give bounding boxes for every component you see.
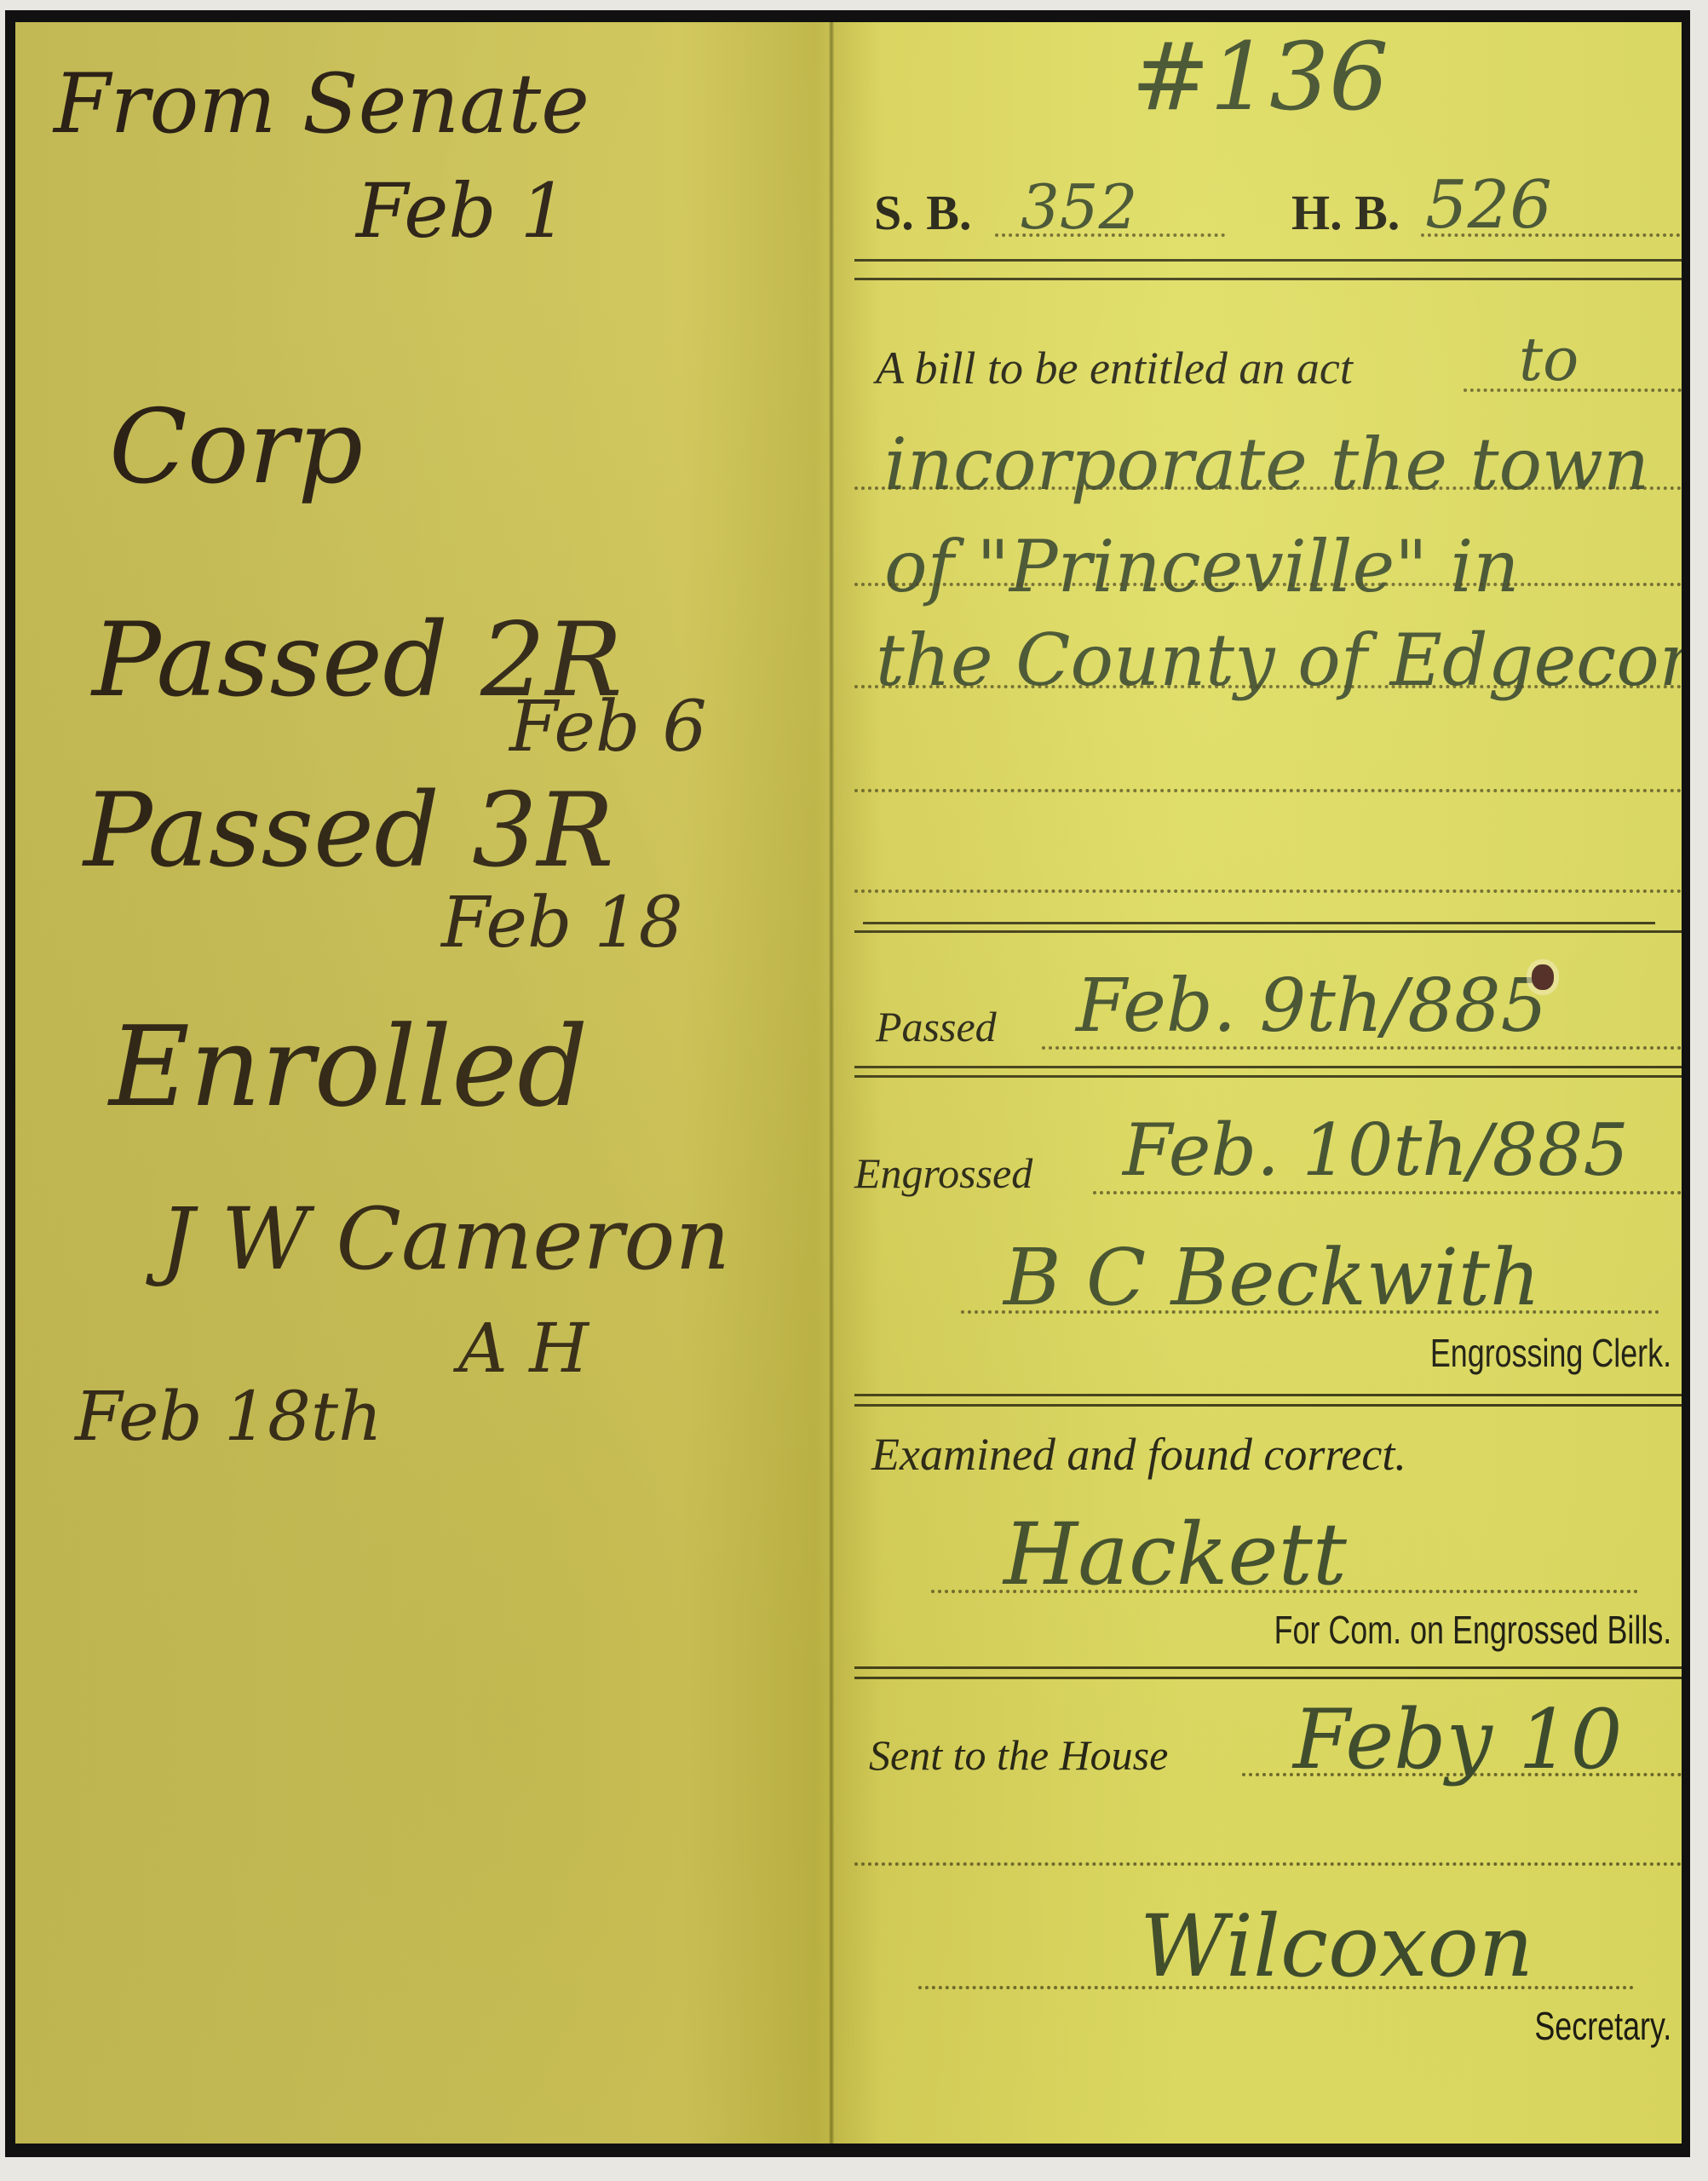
sb-number: 352 bbox=[1021, 171, 1137, 243]
note-passed-3r: Passed 3R bbox=[83, 772, 614, 890]
note-date-received: Feb 1 bbox=[356, 167, 568, 255]
engrossed-signature-line bbox=[961, 1310, 1659, 1314]
paper-hole bbox=[1532, 964, 1554, 990]
hb-number: 526 bbox=[1425, 167, 1552, 244]
engrossed-rule-bottom bbox=[854, 1404, 1682, 1407]
header-rule-top bbox=[854, 259, 1682, 262]
examined-label: Examined and found correct. bbox=[871, 1428, 1406, 1481]
note-from-senate: From Senate bbox=[54, 56, 589, 152]
hb-label: H. B. bbox=[1291, 184, 1400, 241]
title-line-2: of "Princeville" in bbox=[884, 525, 1519, 608]
engrossed-date: Feb. 10th/885 bbox=[1123, 1108, 1629, 1192]
note-enrolled: Enrolled bbox=[109, 1002, 588, 1131]
examined-rule-bottom bbox=[854, 1677, 1682, 1679]
engrossed-label: Engrossed bbox=[854, 1148, 1032, 1198]
title-dotted-5 bbox=[854, 889, 1682, 893]
title-dotted-3 bbox=[854, 685, 1682, 688]
title-label: A bill to be entitled an act bbox=[876, 342, 1353, 394]
secretary-label: Secretary. bbox=[1534, 2003, 1671, 2049]
center-fold bbox=[829, 22, 834, 2144]
passed-rule-bottom bbox=[854, 1075, 1682, 1078]
title-line-3: the County of Edgecombe bbox=[876, 619, 1682, 702]
sb-dotted-line bbox=[995, 233, 1225, 237]
secretary-signature: Wilcoxon bbox=[1140, 1896, 1533, 1996]
note-signature-cameron: J W Cameron bbox=[160, 1189, 730, 1289]
archive-number: #136 bbox=[1131, 22, 1389, 131]
note-committee: Corp bbox=[109, 388, 363, 507]
sent-label: Sent to the House bbox=[869, 1730, 1168, 1780]
bill-jacket-paper: From Senate Feb 1 Corp Passed 2R Feb 6 P… bbox=[15, 22, 1682, 2144]
hb-dotted-line bbox=[1421, 233, 1682, 237]
title-line-1: incorporate the town bbox=[884, 423, 1649, 506]
engrossing-clerk-signature: B C Beckwith bbox=[1004, 1232, 1540, 1323]
title-line-0: to bbox=[1519, 325, 1579, 394]
engrossing-clerk-label: Engrossing Clerk. bbox=[1430, 1330, 1671, 1376]
passed-rule-top bbox=[854, 1066, 1682, 1068]
note-date-3r: Feb 18 bbox=[441, 883, 683, 964]
engrossed-rule-top bbox=[854, 1394, 1682, 1396]
examined-signature-line bbox=[931, 1590, 1638, 1593]
secretary-signature-line bbox=[918, 1986, 1634, 1989]
committee-label: For Com. on Engrossed Bills. bbox=[1274, 1607, 1671, 1653]
note-date-2r: Feb 6 bbox=[509, 687, 707, 768]
title-dotted-4 bbox=[854, 789, 1682, 792]
note-initials: A H bbox=[458, 1309, 589, 1388]
title-rule-top bbox=[863, 922, 1655, 924]
examined-rule-top bbox=[854, 1666, 1682, 1669]
title-dotted-1 bbox=[854, 486, 1682, 490]
header-rule-bottom bbox=[854, 278, 1682, 280]
sb-label: S. B. bbox=[874, 184, 971, 241]
note-date-enrolled: Feb 18th bbox=[75, 1377, 382, 1456]
passed-label: Passed bbox=[876, 1002, 997, 1051]
sent-dotted-line-2 bbox=[854, 1862, 1682, 1866]
passed-date: Feb. 9th/885 bbox=[1076, 964, 1547, 1049]
title-dotted-2 bbox=[854, 583, 1682, 586]
sent-date: Feby 10 bbox=[1293, 1692, 1623, 1787]
title-rule-bottom bbox=[854, 930, 1682, 933]
